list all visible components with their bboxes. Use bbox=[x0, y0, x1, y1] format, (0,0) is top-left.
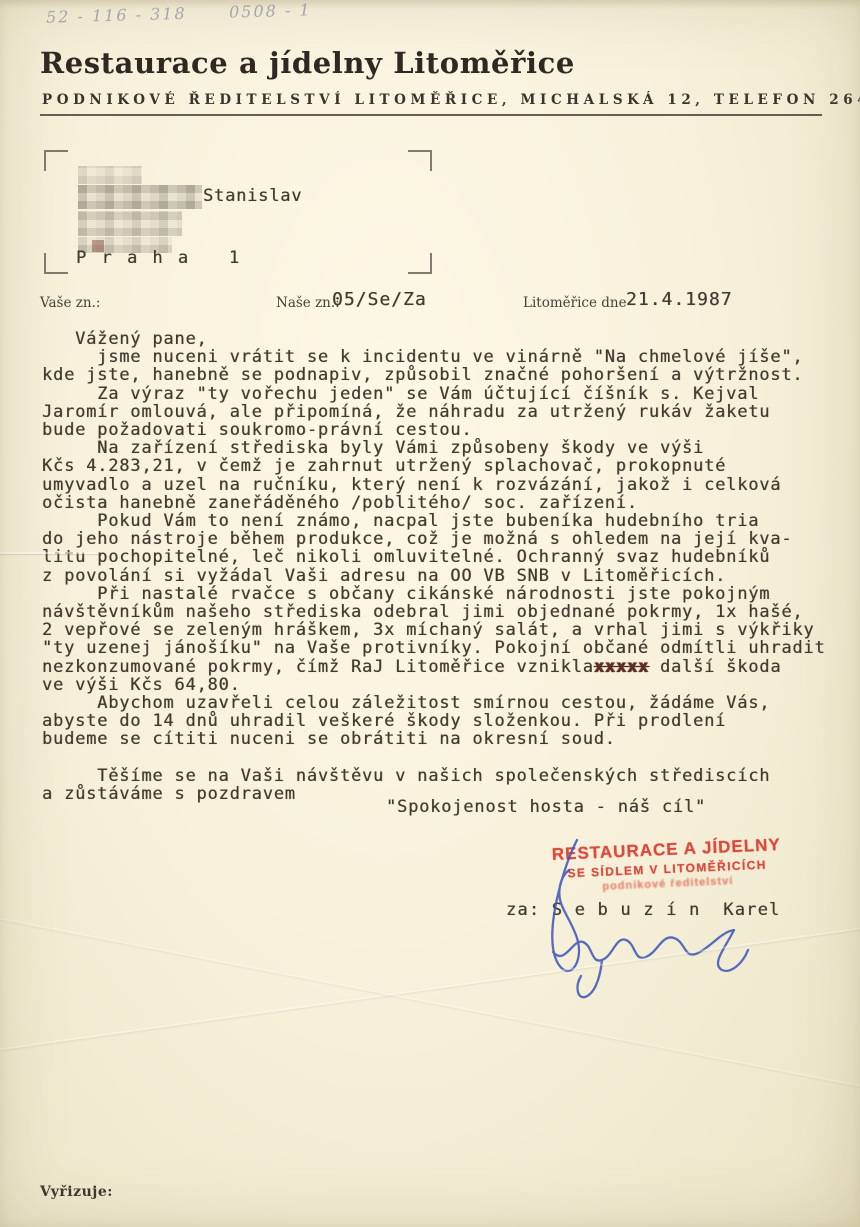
place-date-label: Litoměřice dne bbox=[523, 295, 627, 311]
letter-body-line: Za výraz "ty vořechu jeden" se Vám účtuj… bbox=[42, 385, 842, 403]
letter-body-line: Na zařízení střediska byly Vámi způsoben… bbox=[42, 439, 842, 457]
company-name: Restaurace a jídelny Litoměřice bbox=[40, 46, 575, 80]
paper-crease bbox=[0, 912, 860, 1101]
letter-body-line: Pokud Vám to není známo, nacpal jste bub… bbox=[42, 512, 842, 530]
letter-body-line: budeme se cítiti nuceni se obrátiti na o… bbox=[42, 730, 842, 748]
letter-body-line: návštěvníkům našeho střediska odebral ji… bbox=[42, 603, 842, 621]
letter-body-line: do jeho nástroje během produkce, což je … bbox=[42, 530, 842, 548]
paper-crease bbox=[0, 914, 860, 1058]
company-address-line: PODNIKOVÉ ŘEDITELSTVÍ LITOMĚŘICE, MICHAL… bbox=[42, 92, 860, 108]
address-corner-mark bbox=[408, 253, 432, 274]
letter-body-line: Těšíme se na Vaši návštěvu v našich spol… bbox=[42, 767, 842, 785]
body-text-segment: nezkonzumované pokrmy, čímž RaJ Litoměři… bbox=[42, 657, 594, 677]
address-corner-mark bbox=[44, 253, 68, 274]
overstruck-text: xxxxx bbox=[594, 657, 649, 677]
letter-date: 21.4.1987 bbox=[626, 289, 733, 310]
redacted-name-block bbox=[78, 185, 202, 209]
body-text-segment: další škoda bbox=[649, 657, 781, 677]
our-ref-value: 05/Se/Za bbox=[332, 289, 427, 310]
letter-body-line: jsme nuceni vrátit se k incidentu ve vin… bbox=[42, 348, 842, 366]
letter-body-line: z povolání si vyžádal Vaši adresu na OO … bbox=[42, 567, 842, 585]
handled-by-label: Vyřizuje: bbox=[40, 1184, 113, 1200]
letter-body-line: abyste do 14 dnů uhradil veškeré škody s… bbox=[42, 712, 842, 730]
address-corner-mark bbox=[408, 150, 432, 171]
letter-body-line: očista hanebně zaneřáděného /poblitého/ … bbox=[42, 494, 842, 512]
letter-body-line: Jaromír omlouvá, ale připomíná, že náhra… bbox=[42, 403, 842, 421]
letter-body-line: ve výši Kčs 64,80. bbox=[42, 676, 842, 694]
our-ref-label: Naše zn.: bbox=[276, 295, 340, 311]
letter-body-line: Kčs 4.283,21, v čemž je zahrnut utržený … bbox=[42, 457, 842, 475]
address-corner-mark bbox=[44, 150, 68, 171]
typed-signature-name: za: S e b u z í n Karel bbox=[506, 900, 780, 920]
letter-body-line: litu pochopitelné, leč nikoli omluviteln… bbox=[42, 548, 842, 566]
letter-body-line: Abychom uzavřeli celou záležitost smírno… bbox=[42, 694, 842, 712]
letter-body-line: nezkonzumované pokrmy, čímž RaJ Litoměři… bbox=[42, 658, 842, 676]
letter-body-line: 2 vepřové se zeleným hráškem, 3x míchaný… bbox=[42, 621, 842, 639]
paper-crease bbox=[0, 552, 98, 554]
letter-body-line: "ty uzenej jánošíku" na Vaše protivníky.… bbox=[42, 639, 842, 657]
company-slogan: "Spokojenost hosta - náš cíl" bbox=[386, 797, 706, 817]
letter-body: Vážený pane, jsme nuceni vrátit se k inc… bbox=[42, 330, 842, 803]
your-ref-label: Vaše zn.: bbox=[40, 295, 100, 311]
scanned-letter-page: 52 - 116 - 318 0508 - 1 Restaurace a jíd… bbox=[0, 0, 860, 1227]
letter-body-line: Při nastalé rvačce s občany cikánské nár… bbox=[42, 585, 842, 603]
redacted-street-block bbox=[78, 211, 182, 236]
letter-body-line: umyvadlo a uzel na ručníku, který není k… bbox=[42, 476, 842, 494]
redacted-text-block bbox=[78, 166, 142, 184]
letter-body-line: kde jste, hanebně se podnapiv, způsobil … bbox=[42, 366, 842, 384]
company-rubber-stamp: RESTAURACE A JÍDELNY SE SÍDLEM V LITOMĚŘ… bbox=[537, 834, 797, 895]
archival-pencil-note: 52 - 116 - 318 0508 - 1 bbox=[46, 0, 312, 26]
letter-body-line bbox=[42, 749, 842, 767]
recipient-city: P r a h a 1 bbox=[76, 248, 242, 268]
recipient-first-name: Stanislav bbox=[203, 186, 302, 206]
letterhead-divider bbox=[40, 114, 822, 116]
letter-body-line: bude požadovati soukromo-právní cestou. bbox=[42, 421, 842, 439]
letter-body-line: Vážený pane, bbox=[42, 330, 842, 348]
